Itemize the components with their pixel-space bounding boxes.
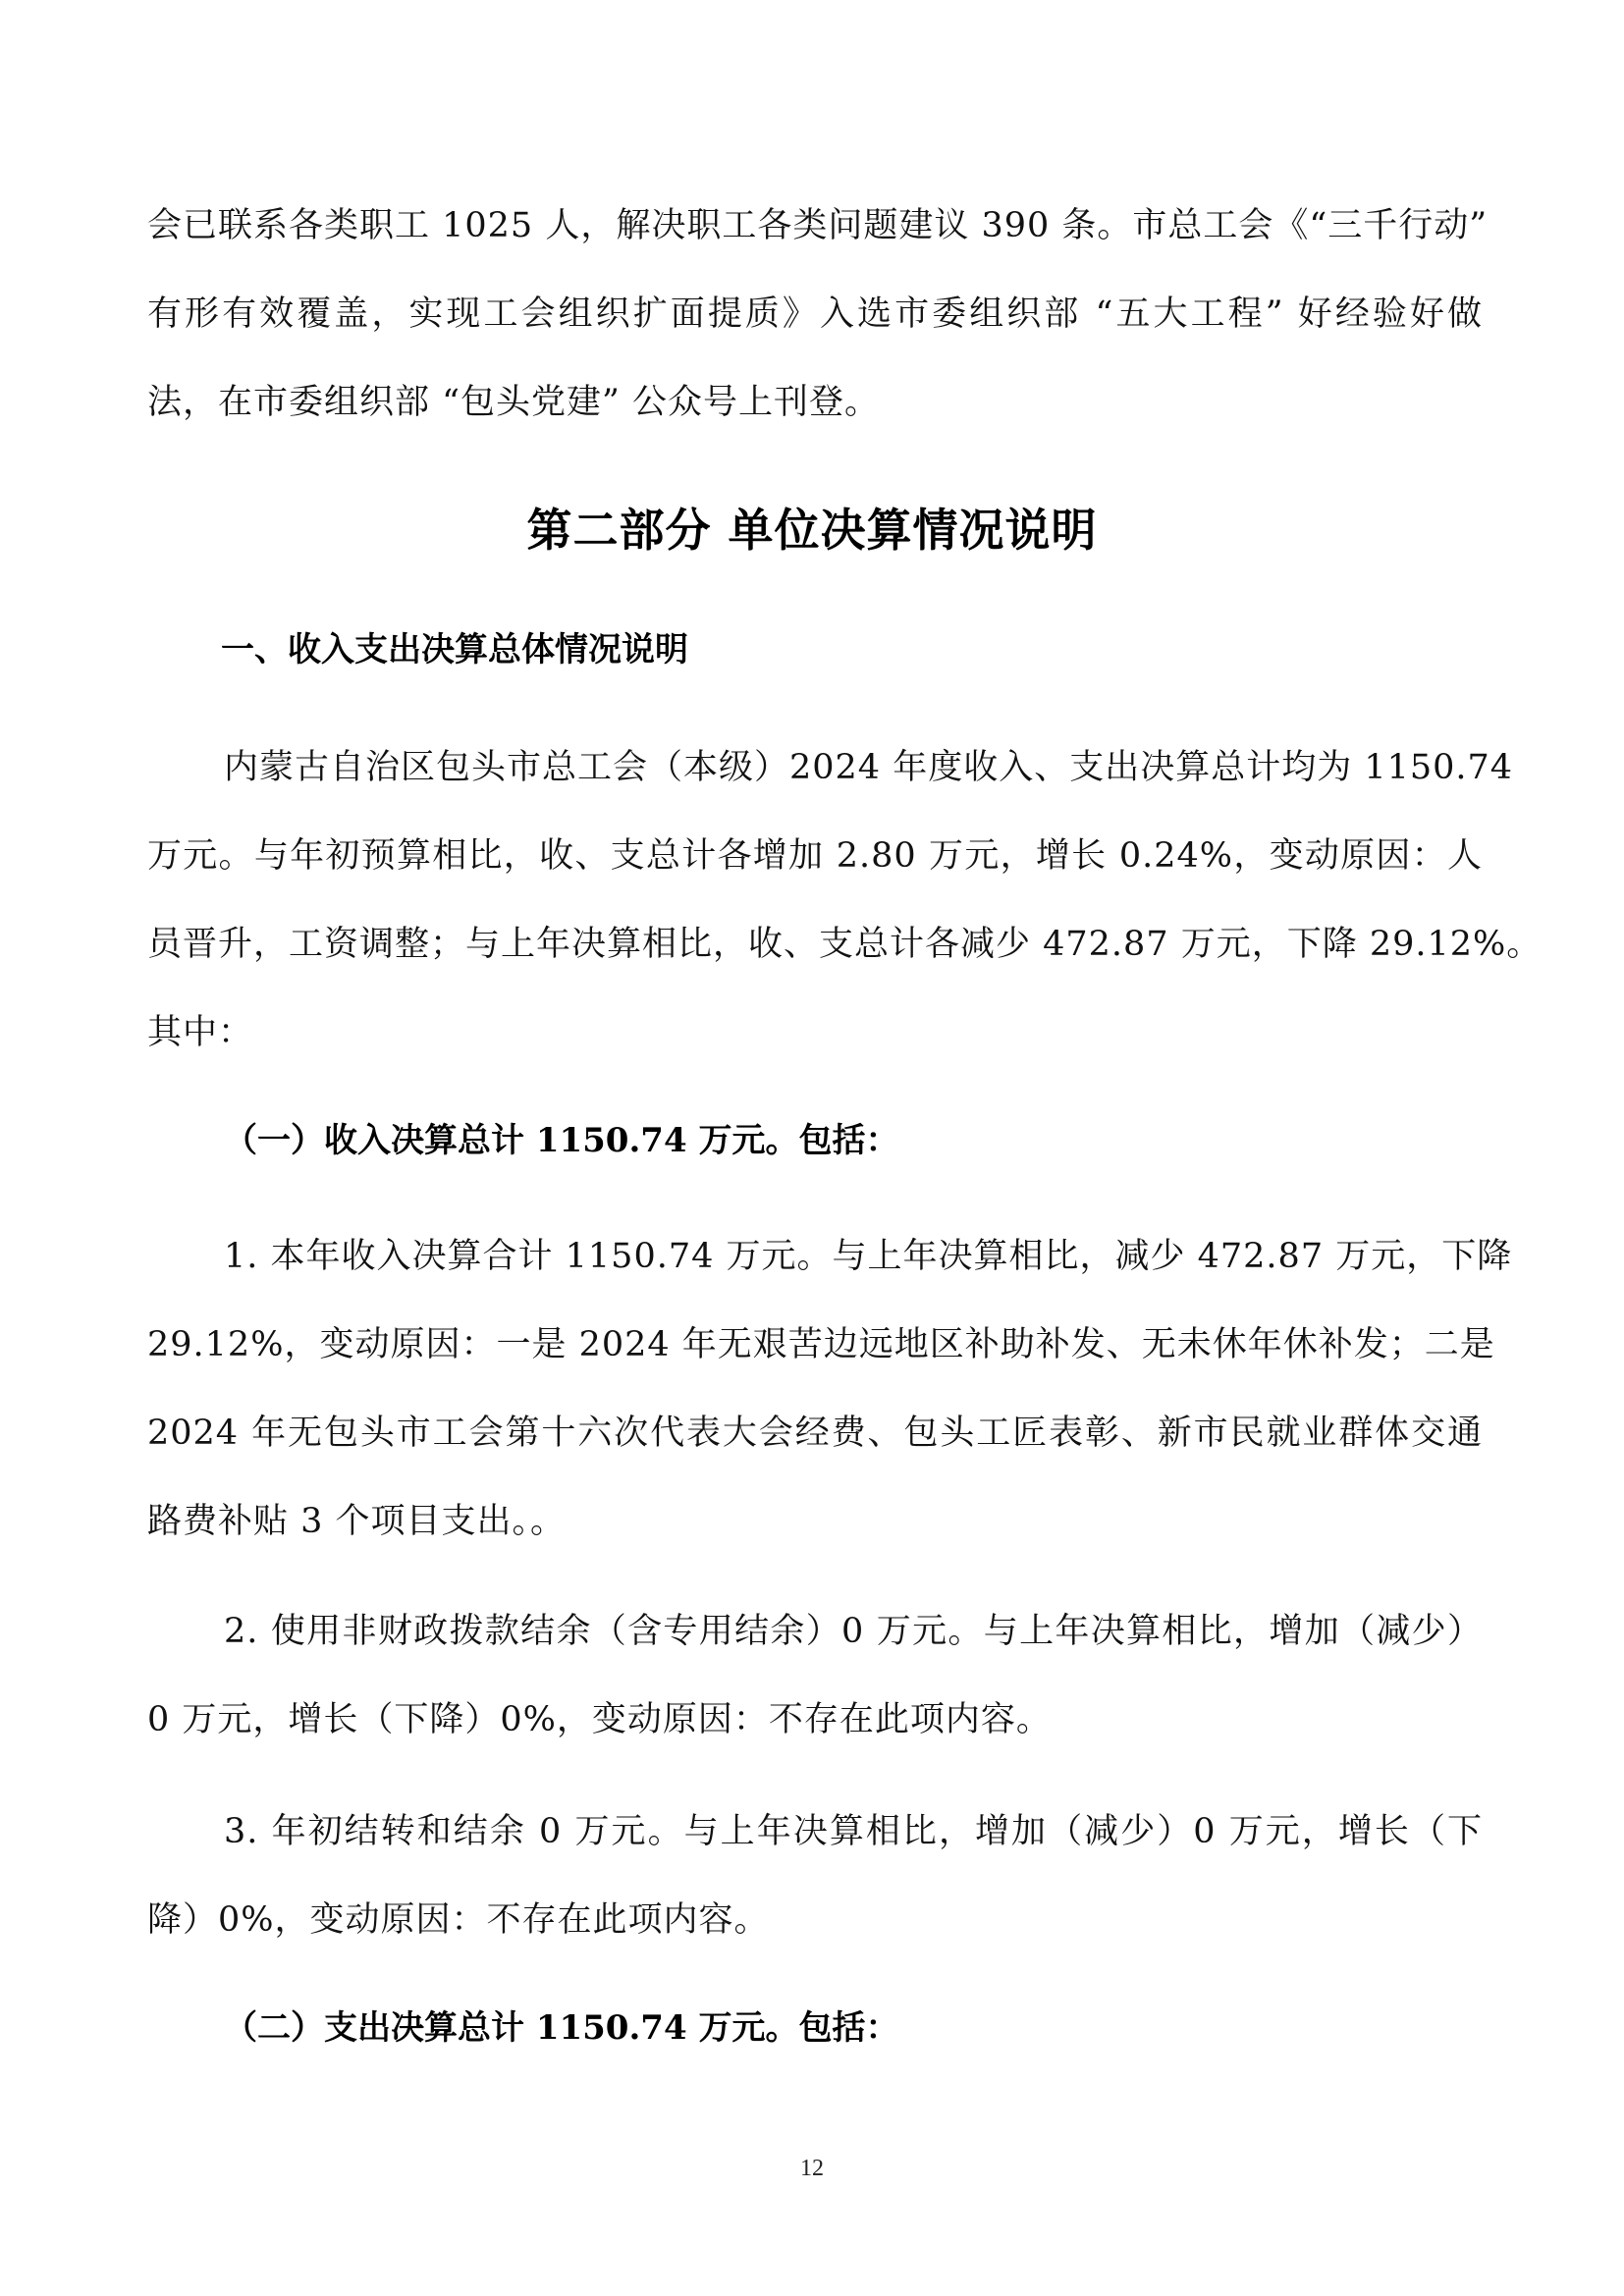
item-line: 29.12%，变动原因：一是 2024 年无艰苦边远地区补助补发、无未休年休补发… — [147, 1323, 1483, 1366]
item-line: 0 万元，增长（下降）0%，变动原因：不存在此项内容。 — [147, 1698, 1483, 1741]
item-line: 3. 年初结转和结余 0 万元。与上年决算相比，增加（减少）0 万元，增长（下 — [224, 1810, 1483, 1853]
paragraph-line: 其中： — [147, 1011, 1483, 1054]
item-line: 1. 本年收入决算合计 1150.74 万元。与上年决算相比，减少 472.87… — [224, 1235, 1483, 1278]
paragraph-line: 有形有效覆盖，实现工会组织扩面提质》入选市委组织部 “五大工程” 好经验好做 — [147, 293, 1483, 336]
paragraph-line: 员晋升，工资调整；与上年决算相比，收、支总计各减少 472.87 万元，下降 2… — [147, 923, 1483, 966]
paragraph-line: 万元。与年初预算相比，收、支总计各增加 2.80 万元，增长 0.24%，变动原… — [147, 834, 1483, 878]
part-title: 第二部分 单位决算情况说明 — [0, 503, 1624, 558]
page-number: 12 — [0, 2156, 1624, 2182]
section-heading: 一、收入支出决算总体情况说明 — [221, 628, 688, 671]
paragraph-line: 法，在市委组织部 “包头党建” 公众号上刊登。 — [147, 381, 1483, 424]
subsection-heading-expense: （二）支出决算总计 1150.74 万元。包括： — [224, 2006, 898, 2050]
item-line: 2024 年无包头市工会第十六次代表大会经费、包头工匠表彰、新市民就业群体交通 — [147, 1412, 1483, 1455]
paragraph-line: 内蒙古自治区包头市总工会（本级）2024 年度收入、支出决算总计均为 1150.… — [224, 746, 1483, 789]
document-page: 会已联系各类职工 1025 人，解决职工各类问题建议 390 条。市总工会《“三… — [0, 0, 1624, 2296]
subsection-heading-income: （一）收入决算总计 1150.74 万元。包括： — [224, 1119, 898, 1162]
item-line: 降）0%，变动原因：不存在此项内容。 — [147, 1898, 1483, 1942]
item-line: 路费补贴 3 个项目支出。。 — [147, 1500, 1483, 1543]
paragraph-line: 会已联系各类职工 1025 人，解决职工各类问题建议 390 条。市总工会《“三… — [147, 204, 1483, 247]
item-line: 2. 使用非财政拨款结余（含专用结余）0 万元。与上年决算相比，增加（减少） — [224, 1610, 1483, 1653]
